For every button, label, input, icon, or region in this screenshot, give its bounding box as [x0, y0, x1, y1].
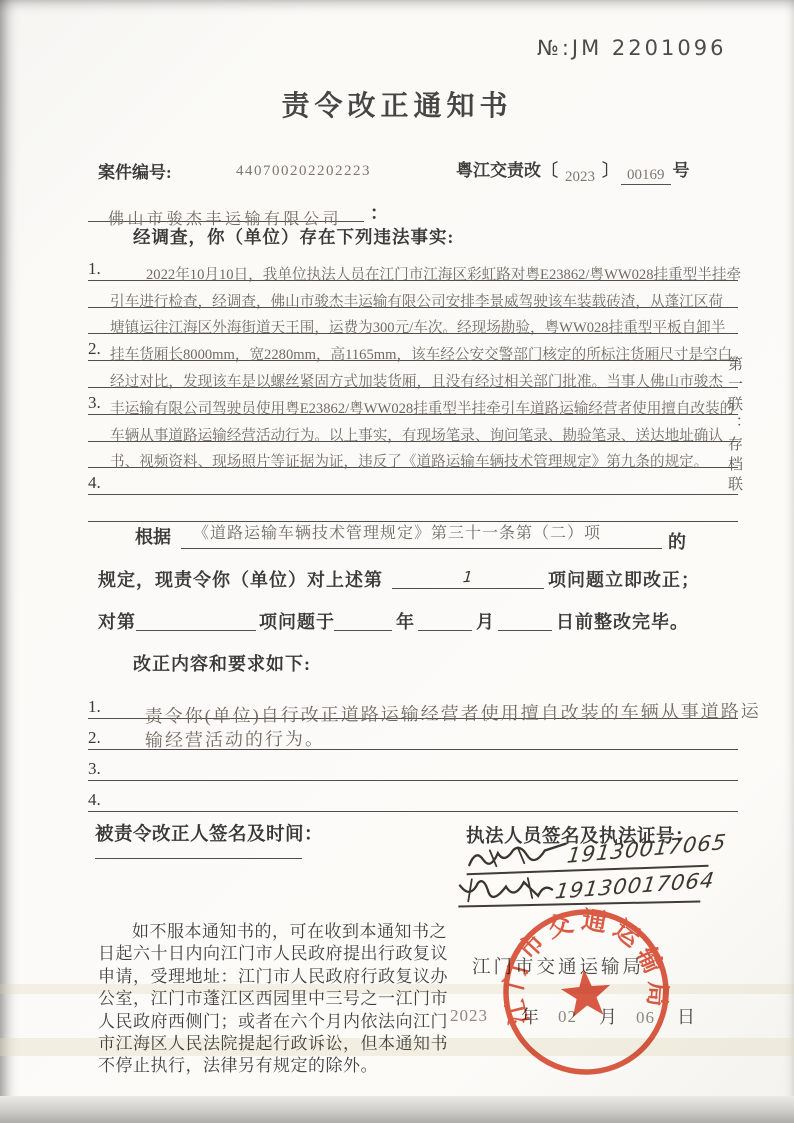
deadline-end: 日前整改完毕。 — [556, 608, 689, 634]
correction-number: 3. — [88, 759, 101, 779]
scanned-notice-page: №:JM 2201096 责令改正通知书 案件编号: 4407002022022… — [0, 0, 794, 1123]
deadline-mid: 项问题于 — [259, 608, 335, 634]
appeal-line: 申请，受理地址：江门市人民政府行政复议办 — [98, 966, 450, 988]
correction-items-section: 1. 2. 3. 4. 责令你(单位)自行改正道路运输经营者使用擅自改装的车辆从… — [88, 688, 738, 812]
item-number-blank: 1 — [392, 562, 544, 589]
appeal-line: 市江海区人民法院提起行政诉讼，但本通知书 — [98, 1033, 450, 1055]
correction-line: 1. — [88, 688, 738, 719]
fact-number: 2. — [88, 339, 101, 359]
appeal-line: 日起六十日内向江门市人民政府提出行政复议 — [98, 943, 450, 965]
official-seal-stamp: 江门市交通运输局 — [490, 896, 683, 1089]
deadline-blank-month — [418, 606, 472, 631]
correction-number: 4. — [88, 790, 101, 810]
correction-number: 1. — [88, 697, 101, 717]
fact-line: 塘镇运往江海区外海街道天王围，运费为300元/车次。经现场勘验，粤WW028挂重… — [88, 308, 738, 335]
reference-bracket-close: 〕 — [602, 161, 619, 180]
correction-number: 2. — [88, 728, 101, 748]
fact-number: 1. — [88, 259, 101, 279]
fact-line: 车辆从事道路运输经营活动行为。以上事实，有现场笔录、询问笔录、勘验笔录、送达地址… — [88, 415, 738, 442]
fact-line: 3.丰运输有限公司驾驶员使用粤E23862/粤WW028挂重型半挂牵引车道路运输… — [88, 388, 738, 415]
page-bottom-shadow — [0, 1096, 794, 1123]
seal-star-icon — [559, 967, 612, 1018]
case-number-value: 440700202202223 — [236, 163, 371, 180]
reference-suffix: 号 — [673, 161, 690, 180]
appeal-line: 不停止执行，法律另有规定的除外。 — [98, 1055, 450, 1077]
legal-basis-label: 根据 — [135, 523, 171, 549]
handwritten-item-number: 1 — [462, 568, 473, 586]
officer-signature-icon — [466, 839, 575, 873]
issue-year-value: 2023 — [450, 1006, 488, 1026]
fact-line: 引车进行检查，经调查，佛山市骏杰丰运输有限公司安排李景威驾驶该车装载砖渣，从蓬江… — [88, 281, 738, 308]
officer-signature-icon — [458, 873, 559, 905]
deadline-clause-line: 对第 项问题于 年 月 日前整改完毕。 — [0, 608, 794, 638]
correction-line: 4. — [88, 781, 738, 812]
document-serial-number: №:JM 2201096 — [537, 36, 726, 60]
fact-number: 4. — [88, 473, 101, 493]
document-title: 责令改正通知书 — [0, 84, 794, 124]
deadline-month-label: 月 — [476, 608, 495, 634]
fact-line: 2.挂车货厢长8000mm，宽2280mm，高1165mm，该车经公安交警部门核… — [88, 334, 738, 361]
violation-facts-section: 1.2022年10月10日，我单位执法人员在江门市江海区彩虹路对粤E23862/… — [88, 254, 738, 522]
appeal-line: 人民政府西侧门；或者在六个月内依法向江门 — [98, 1011, 450, 1033]
reference-year: 2023 — [565, 169, 595, 186]
svg-text:江门市交通运输局: 江门市交通运输局 — [492, 899, 674, 1028]
legal-basis-suffix: 的 — [668, 528, 686, 554]
case-number-label: 案件编号: — [98, 158, 172, 183]
appeal-rights-paragraph: 如不服本通知书的，可在收到本通知书之 日起六十日内向江门市人民政府提出行政复议 … — [98, 921, 450, 1078]
reference-prefix: 粤江交责改〔 — [456, 161, 558, 180]
order-clause-pre: 规定，现责令你（单位）对上述第 — [98, 566, 383, 592]
corrected-party-signature-line — [95, 834, 302, 859]
fact-line: 书、视频资料、现场照片等证据为证，违反了《道路运输车辆技术管理规定》第九条的规定… — [88, 442, 738, 469]
deadline-blank-day — [498, 606, 552, 631]
addressee-colon: ： — [370, 199, 388, 225]
appeal-line: 如不服本通知书的，可在收到本通知书之 — [98, 921, 450, 943]
issue-day-label: 日 — [677, 1003, 695, 1029]
deadline-blank-year — [334, 606, 392, 631]
seal-circular-text: 江门市交通运输局 — [492, 899, 674, 1028]
legal-basis-blank-line: 《道路运输车辆技术管理规定》第三十一条第（二）项 — [181, 518, 662, 549]
deadline-pre: 对第 — [98, 608, 136, 634]
deadline-blank-item — [136, 606, 256, 631]
correction-section-header: 改正内容和要求如下: — [133, 650, 311, 676]
appeal-line: 公室，江门市蓬江区西园里中三号之一江门市 — [98, 988, 450, 1010]
reference-serial: 00169 — [621, 167, 671, 185]
fact-line: 4. — [88, 468, 738, 495]
fact-number: 3. — [88, 393, 101, 413]
correction-line: 2. — [88, 719, 738, 750]
fact-line: 1.2022年10月10日，我单位执法人员在江门市江海区彩虹路对粤E23862/… — [88, 254, 738, 281]
addressee-blank-line: 佛山市骏杰丰运输有限公司 — [88, 196, 364, 222]
legal-basis-text: 《道路运输车辆技术管理规定》第三十一条第（二）项 — [193, 520, 601, 543]
deadline-year-label: 年 — [396, 608, 415, 634]
violation-intro-text: 经调查，你（单位）存在下列违法事实: — [133, 224, 454, 249]
correction-line: 3. — [88, 750, 738, 781]
order-clause-post: 项问题立即改正； — [548, 566, 700, 592]
copy-designation-label: 第一联：存档联 — [724, 356, 745, 496]
fact-line: 经过对比，发现该车是以螺丝紧固方式加装货厢，且没有经过相关部门批准。当事人佛山市… — [88, 361, 738, 388]
reference-number: 粤江交责改〔2023〕00169号 — [456, 156, 690, 182]
